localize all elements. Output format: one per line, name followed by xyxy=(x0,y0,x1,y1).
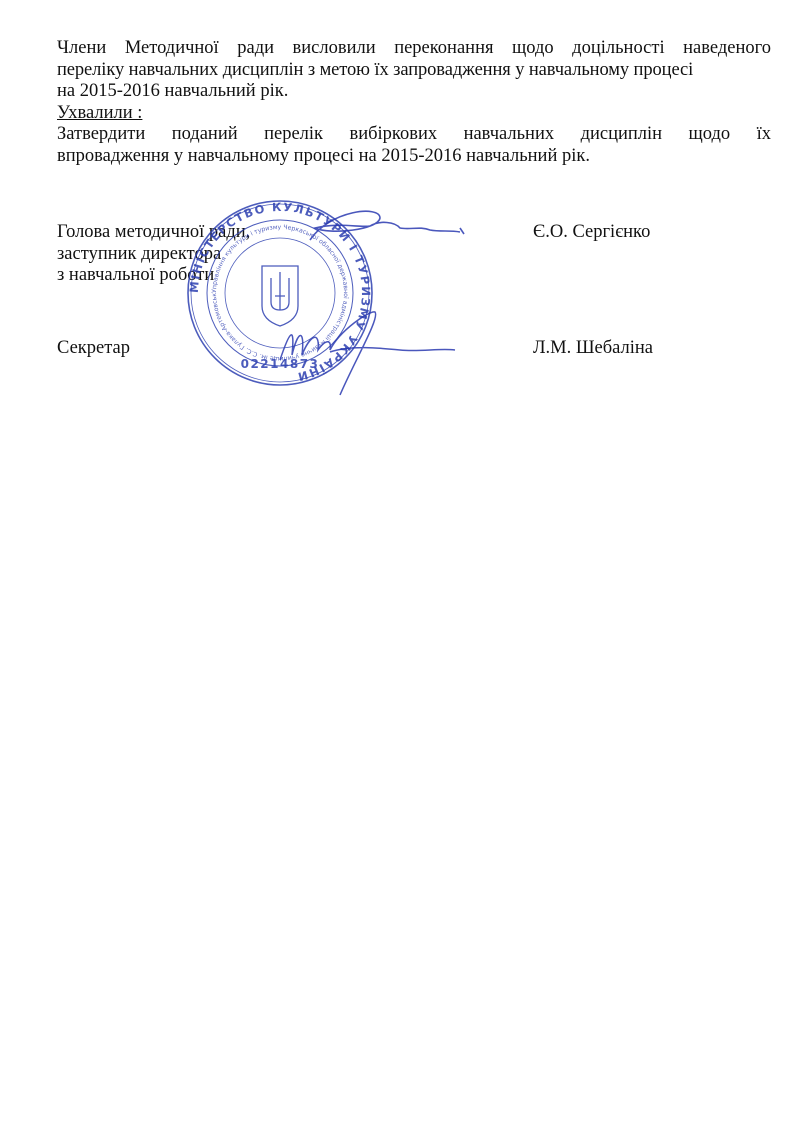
title-line: Голова методичної ради, xyxy=(57,222,250,244)
handwritten-signature-secretary xyxy=(270,300,470,400)
word: щодо xyxy=(512,38,554,60)
word: дисциплін xyxy=(581,124,663,146)
word: висловили xyxy=(293,38,376,60)
signatory-title-secretary: Секретар xyxy=(57,338,130,360)
paragraph-resolution: Затвердити поданий перелік вибіркових на… xyxy=(57,124,771,167)
resolution-heading: Ухвалили : xyxy=(57,103,142,125)
paragraph-line: Затвердити поданий перелік вибіркових на… xyxy=(57,124,771,146)
stamp-code: 02214873 xyxy=(241,357,320,371)
word: перелік xyxy=(264,124,323,146)
word: їх xyxy=(757,124,771,146)
word: вибіркових xyxy=(349,124,437,146)
paragraph-line: на 2015-2016 навчальний рік. xyxy=(57,81,771,103)
word: наведеного xyxy=(683,38,771,60)
word: Методичної xyxy=(125,38,219,60)
word: переконання xyxy=(394,38,493,60)
word: доцільності xyxy=(572,38,664,60)
signatory-name-secretary: Л.М. Шебаліна xyxy=(533,338,653,360)
word: Члени xyxy=(57,38,106,60)
signatory-title-head: Голова методичної ради, заступник директ… xyxy=(57,222,250,287)
title-line: заступник директора xyxy=(57,244,250,266)
word: навчальних xyxy=(464,124,555,146)
word: Затвердити xyxy=(57,124,145,146)
title-line: з навчальної роботи xyxy=(57,265,250,287)
trident-emblem-icon xyxy=(262,266,298,326)
title-line: Секретар xyxy=(57,338,130,360)
word: поданий xyxy=(172,124,238,146)
paragraph-line: впровадження у навчальному процесі на 20… xyxy=(57,146,771,168)
paragraph-line: Члени Методичної ради висловили перекона… xyxy=(57,38,771,60)
word: щодо xyxy=(689,124,731,146)
paragraph-discussion: Члени Методичної ради висловили перекона… xyxy=(57,38,771,103)
handwritten-signature-head xyxy=(270,200,480,260)
paragraph-line: переліку навчальних дисциплін з метою їх… xyxy=(57,60,771,82)
signatory-name-head: Є.О. Сергієнко xyxy=(533,222,650,244)
word: ради xyxy=(237,38,274,60)
